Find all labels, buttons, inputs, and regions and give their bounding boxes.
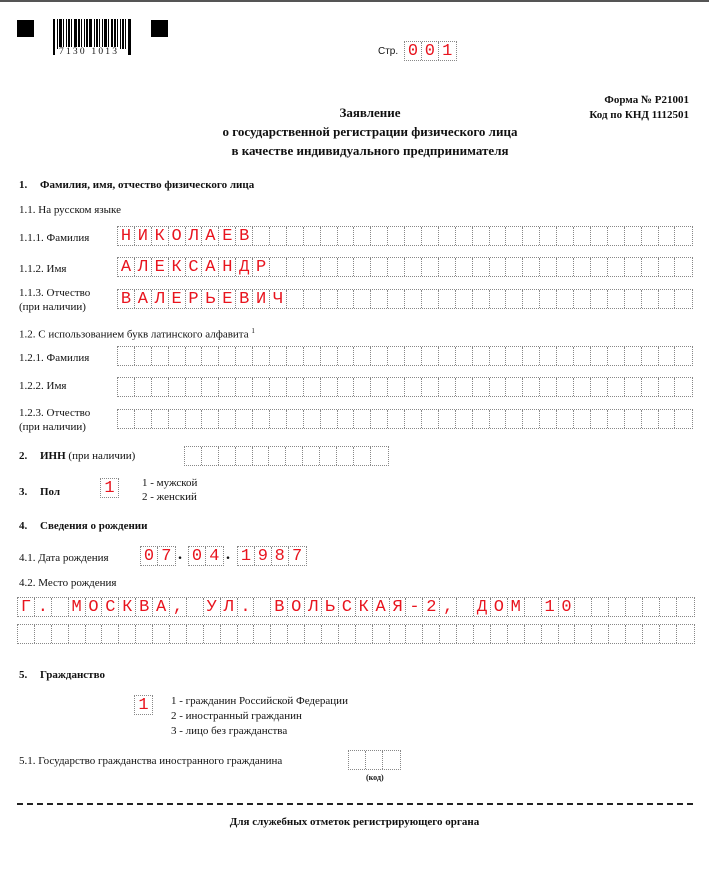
char-cell[interactable] (287, 290, 304, 308)
char-cell[interactable] (219, 410, 236, 428)
char-cell[interactable] (152, 347, 169, 365)
char-cell[interactable] (574, 410, 591, 428)
char-cell[interactable] (609, 598, 626, 616)
char-cell[interactable] (506, 347, 523, 365)
char-cell[interactable]: А (135, 290, 152, 308)
char-cell[interactable] (574, 347, 591, 365)
char-cell[interactable] (219, 347, 236, 365)
gender-field[interactable]: 1 (100, 478, 119, 498)
char-cell[interactable] (574, 258, 591, 276)
char-cell[interactable] (388, 227, 405, 245)
char-cell[interactable] (152, 410, 169, 428)
char-cell[interactable]: Д (236, 258, 253, 276)
char-cell[interactable] (304, 227, 321, 245)
char-cell[interactable] (339, 625, 356, 643)
char-cell[interactable]: С (186, 258, 203, 276)
char-cell[interactable] (625, 410, 642, 428)
char-cell[interactable]: Е (169, 290, 186, 308)
char-cell[interactable] (270, 410, 287, 428)
char-cell[interactable] (422, 410, 439, 428)
inn-field[interactable] (184, 446, 389, 466)
char-cell[interactable] (388, 290, 405, 308)
char-cell[interactable] (609, 625, 626, 643)
char-cell[interactable] (136, 625, 153, 643)
char-cell[interactable] (422, 347, 439, 365)
char-cell[interactable] (490, 410, 507, 428)
char-cell[interactable]: О (288, 598, 305, 616)
char-cell[interactable]: 0 (405, 42, 422, 60)
char-cell[interactable] (677, 598, 694, 616)
char-cell[interactable]: 0 (141, 547, 158, 565)
char-cell[interactable] (186, 410, 203, 428)
char-cell[interactable]: С (102, 598, 119, 616)
char-cell[interactable]: - (406, 598, 423, 616)
char-cell[interactable] (349, 751, 366, 769)
char-cell[interactable] (659, 410, 676, 428)
char-cell[interactable]: К (152, 227, 169, 245)
char-cell[interactable] (642, 347, 659, 365)
char-cell[interactable] (118, 347, 135, 365)
char-cell[interactable]: Я (390, 598, 407, 616)
char-cell[interactable] (659, 290, 676, 308)
char-cell[interactable] (625, 290, 642, 308)
char-cell[interactable]: Л (186, 227, 203, 245)
char-cell[interactable] (523, 227, 540, 245)
char-cell[interactable]: , (170, 598, 187, 616)
char-cell[interactable] (390, 625, 407, 643)
char-cell[interactable] (422, 378, 439, 396)
char-cell[interactable] (591, 378, 608, 396)
char-cell[interactable] (422, 227, 439, 245)
char-cell[interactable] (490, 227, 507, 245)
char-cell[interactable] (506, 227, 523, 245)
char-cell[interactable] (456, 290, 473, 308)
char-cell[interactable]: М (69, 598, 86, 616)
char-cell[interactable] (52, 625, 69, 643)
char-cell[interactable] (338, 347, 355, 365)
char-cell[interactable] (506, 290, 523, 308)
char-cell[interactable]: Ь (322, 598, 339, 616)
char-cell[interactable] (643, 598, 660, 616)
char-cell[interactable] (383, 751, 400, 769)
char-cell[interactable]: 9 (255, 547, 272, 565)
char-cell[interactable] (221, 625, 238, 643)
char-cell[interactable] (608, 347, 625, 365)
char-cell[interactable] (422, 258, 439, 276)
char-cell[interactable]: 8 (272, 547, 289, 565)
char-cell[interactable] (371, 290, 388, 308)
char-cell[interactable] (354, 258, 371, 276)
char-cell[interactable] (354, 410, 371, 428)
latin-surname-field[interactable] (117, 346, 693, 366)
char-cell[interactable] (405, 347, 422, 365)
char-cell[interactable]: К (356, 598, 373, 616)
char-cell[interactable]: 4 (206, 547, 223, 565)
char-cell[interactable] (457, 598, 474, 616)
char-cell[interactable]: А (373, 598, 390, 616)
char-cell[interactable] (202, 410, 219, 428)
char-cell[interactable] (642, 378, 659, 396)
char-cell[interactable] (525, 625, 542, 643)
char-cell[interactable] (303, 447, 320, 465)
char-cell[interactable] (321, 347, 338, 365)
char-cell[interactable]: М (508, 598, 525, 616)
char-cell[interactable] (456, 347, 473, 365)
char-cell[interactable] (187, 625, 204, 643)
char-cell[interactable] (152, 378, 169, 396)
char-cell[interactable]: Р (186, 290, 203, 308)
char-cell[interactable] (270, 227, 287, 245)
char-cell[interactable] (254, 598, 271, 616)
char-cell[interactable] (118, 410, 135, 428)
char-cell[interactable] (236, 347, 253, 365)
char-cell[interactable]: А (153, 598, 170, 616)
char-cell[interactable]: В (236, 290, 253, 308)
patronymic-field[interactable]: ВАЛЕРЬЕВИЧ (117, 289, 693, 309)
char-cell[interactable] (490, 378, 507, 396)
char-cell[interactable] (304, 410, 321, 428)
char-cell[interactable] (540, 410, 557, 428)
char-cell[interactable] (371, 227, 388, 245)
char-cell[interactable] (473, 290, 490, 308)
char-cell[interactable] (608, 378, 625, 396)
char-cell[interactable] (86, 625, 103, 643)
char-cell[interactable] (169, 347, 186, 365)
char-cell[interactable] (287, 410, 304, 428)
char-cell[interactable] (456, 227, 473, 245)
char-cell[interactable] (660, 598, 677, 616)
char-cell[interactable]: Л (305, 598, 322, 616)
char-cell[interactable] (236, 410, 253, 428)
char-cell[interactable] (236, 378, 253, 396)
char-cell[interactable] (592, 598, 609, 616)
char-cell[interactable] (406, 625, 423, 643)
char-cell[interactable] (322, 625, 339, 643)
char-cell[interactable] (659, 347, 676, 365)
char-cell[interactable] (440, 625, 457, 643)
char-cell[interactable] (557, 378, 574, 396)
char-cell[interactable] (270, 258, 287, 276)
char-cell[interactable] (423, 625, 440, 643)
birth-year-field[interactable]: 1987 (237, 546, 307, 566)
char-cell[interactable] (626, 598, 643, 616)
char-cell[interactable]: Л (135, 258, 152, 276)
char-cell[interactable] (473, 227, 490, 245)
char-cell[interactable]: А (202, 258, 219, 276)
foreign-state-code-field[interactable] (348, 750, 401, 770)
char-cell[interactable] (642, 290, 659, 308)
char-cell[interactable] (643, 625, 660, 643)
char-cell[interactable] (288, 625, 305, 643)
char-cell[interactable]: 0 (189, 547, 206, 565)
char-cell[interactable] (153, 625, 170, 643)
char-cell[interactable] (608, 290, 625, 308)
char-cell[interactable]: К (169, 258, 186, 276)
char-cell[interactable] (574, 290, 591, 308)
char-cell[interactable] (388, 378, 405, 396)
char-cell[interactable] (204, 625, 221, 643)
char-cell[interactable] (253, 410, 270, 428)
char-cell[interactable] (490, 258, 507, 276)
char-cell[interactable] (371, 447, 388, 465)
char-cell[interactable] (338, 410, 355, 428)
char-cell[interactable] (575, 598, 592, 616)
birth-place-line-2[interactable] (17, 624, 695, 644)
char-cell[interactable] (270, 378, 287, 396)
char-cell[interactable] (321, 410, 338, 428)
char-cell[interactable] (119, 625, 136, 643)
char-cell[interactable] (457, 625, 474, 643)
char-cell[interactable] (219, 447, 236, 465)
char-cell[interactable] (439, 290, 456, 308)
char-cell[interactable]: Н (118, 227, 135, 245)
char-cell[interactable] (338, 290, 355, 308)
char-cell[interactable] (557, 410, 574, 428)
char-cell[interactable] (608, 410, 625, 428)
char-cell[interactable]: 0 (559, 598, 576, 616)
char-cell[interactable] (202, 378, 219, 396)
char-cell[interactable] (608, 258, 625, 276)
char-cell[interactable] (559, 625, 576, 643)
char-cell[interactable] (540, 290, 557, 308)
char-cell[interactable]: 1 (439, 42, 456, 60)
char-cell[interactable]: У (204, 598, 221, 616)
char-cell[interactable] (575, 625, 592, 643)
char-cell[interactable] (523, 378, 540, 396)
char-cell[interactable] (254, 625, 271, 643)
char-cell[interactable] (574, 227, 591, 245)
char-cell[interactable]: Ч (270, 290, 287, 308)
char-cell[interactable] (52, 598, 69, 616)
char-cell[interactable] (354, 290, 371, 308)
char-cell[interactable] (253, 347, 270, 365)
char-cell[interactable] (642, 258, 659, 276)
char-cell[interactable] (185, 447, 202, 465)
char-cell[interactable]: А (202, 227, 219, 245)
char-cell[interactable] (373, 625, 390, 643)
char-cell[interactable] (677, 625, 694, 643)
birth-place-line-1[interactable]: Г.МОСКВА,УЛ.ВОЛЬСКАЯ-2,ДОМ10 (17, 597, 695, 617)
char-cell[interactable] (320, 447, 337, 465)
char-cell[interactable]: Д (474, 598, 491, 616)
char-cell[interactable]: 1 (135, 696, 152, 714)
char-cell[interactable]: 7 (158, 547, 175, 565)
char-cell[interactable] (186, 347, 203, 365)
char-cell[interactable] (202, 447, 219, 465)
char-cell[interactable] (591, 227, 608, 245)
char-cell[interactable]: 1 (238, 547, 255, 565)
char-cell[interactable] (540, 258, 557, 276)
char-cell[interactable] (490, 290, 507, 308)
char-cell[interactable] (305, 625, 322, 643)
char-cell[interactable] (592, 625, 609, 643)
char-cell[interactable] (557, 290, 574, 308)
char-cell[interactable]: 1 (542, 598, 559, 616)
char-cell[interactable] (304, 378, 321, 396)
char-cell[interactable] (625, 378, 642, 396)
char-cell[interactable] (474, 625, 491, 643)
char-cell[interactable] (388, 410, 405, 428)
char-cell[interactable] (574, 378, 591, 396)
char-cell[interactable] (169, 410, 186, 428)
char-cell[interactable] (371, 410, 388, 428)
char-cell[interactable]: Е (219, 227, 236, 245)
char-cell[interactable] (102, 625, 119, 643)
char-cell[interactable]: Н (219, 258, 236, 276)
char-cell[interactable] (321, 378, 338, 396)
char-cell[interactable]: Е (152, 258, 169, 276)
char-cell[interactable] (506, 258, 523, 276)
char-cell[interactable] (540, 227, 557, 245)
char-cell[interactable]: 1 (101, 479, 118, 497)
char-cell[interactable] (591, 258, 608, 276)
char-cell[interactable] (675, 347, 692, 365)
char-cell[interactable] (642, 227, 659, 245)
char-cell[interactable] (675, 378, 692, 396)
char-cell[interactable] (557, 227, 574, 245)
char-cell[interactable] (439, 378, 456, 396)
char-cell[interactable] (253, 227, 270, 245)
char-cell[interactable] (439, 410, 456, 428)
char-cell[interactable] (626, 625, 643, 643)
birth-month-field[interactable]: 04 (188, 546, 224, 566)
char-cell[interactable] (388, 258, 405, 276)
char-cell[interactable] (118, 378, 135, 396)
char-cell[interactable] (253, 378, 270, 396)
char-cell[interactable] (456, 378, 473, 396)
char-cell[interactable]: Г (18, 598, 35, 616)
char-cell[interactable] (405, 258, 422, 276)
page-number-field[interactable]: 001 (404, 41, 457, 61)
char-cell[interactable]: И (135, 227, 152, 245)
char-cell[interactable] (439, 227, 456, 245)
char-cell[interactable] (591, 290, 608, 308)
char-cell[interactable]: О (86, 598, 103, 616)
char-cell[interactable]: Л (152, 290, 169, 308)
char-cell[interactable] (253, 447, 270, 465)
char-cell[interactable] (186, 378, 203, 396)
char-cell[interactable] (269, 447, 286, 465)
char-cell[interactable] (540, 378, 557, 396)
char-cell[interactable] (523, 347, 540, 365)
char-cell[interactable] (523, 410, 540, 428)
char-cell[interactable]: О (491, 598, 508, 616)
char-cell[interactable]: К (119, 598, 136, 616)
char-cell[interactable]: В (236, 227, 253, 245)
char-cell[interactable] (187, 598, 204, 616)
char-cell[interactable] (337, 447, 354, 465)
char-cell[interactable] (405, 227, 422, 245)
char-cell[interactable] (456, 258, 473, 276)
char-cell[interactable] (287, 258, 304, 276)
char-cell[interactable]: 2 (423, 598, 440, 616)
char-cell[interactable] (354, 447, 371, 465)
char-cell[interactable] (287, 347, 304, 365)
char-cell[interactable] (236, 447, 253, 465)
char-cell[interactable] (405, 378, 422, 396)
char-cell[interactable] (35, 625, 52, 643)
char-cell[interactable]: А (118, 258, 135, 276)
citizenship-field[interactable]: 1 (134, 695, 153, 715)
char-cell[interactable] (659, 227, 676, 245)
surname-field[interactable]: НИКОЛАЕВ (117, 226, 693, 246)
char-cell[interactable] (542, 625, 559, 643)
char-cell[interactable]: В (271, 598, 288, 616)
char-cell[interactable] (557, 347, 574, 365)
char-cell[interactable]: В (136, 598, 153, 616)
char-cell[interactable]: Ь (202, 290, 219, 308)
char-cell[interactable] (321, 258, 338, 276)
char-cell[interactable] (286, 447, 303, 465)
char-cell[interactable] (508, 625, 525, 643)
char-cell[interactable] (371, 347, 388, 365)
latin-name-field[interactable] (117, 377, 693, 397)
char-cell[interactable] (304, 347, 321, 365)
char-cell[interactable] (366, 751, 383, 769)
char-cell[interactable] (304, 258, 321, 276)
char-cell[interactable] (523, 290, 540, 308)
char-cell[interactable]: Р (253, 258, 270, 276)
char-cell[interactable] (473, 378, 490, 396)
char-cell[interactable] (675, 410, 692, 428)
char-cell[interactable] (540, 347, 557, 365)
char-cell[interactable] (506, 378, 523, 396)
char-cell[interactable] (135, 347, 152, 365)
char-cell[interactable] (557, 258, 574, 276)
char-cell[interactable] (608, 227, 625, 245)
char-cell[interactable] (625, 227, 642, 245)
char-cell[interactable] (388, 347, 405, 365)
char-cell[interactable] (523, 258, 540, 276)
birth-day-field[interactable]: 07 (140, 546, 176, 566)
char-cell[interactable] (135, 410, 152, 428)
char-cell[interactable] (304, 290, 321, 308)
char-cell[interactable] (270, 347, 287, 365)
char-cell[interactable] (287, 378, 304, 396)
char-cell[interactable] (321, 227, 338, 245)
char-cell[interactable] (287, 227, 304, 245)
char-cell[interactable] (591, 410, 608, 428)
char-cell[interactable] (525, 598, 542, 616)
char-cell[interactable] (338, 378, 355, 396)
char-cell[interactable] (491, 625, 508, 643)
char-cell[interactable] (456, 410, 473, 428)
char-cell[interactable]: Е (219, 290, 236, 308)
char-cell[interactable] (675, 290, 692, 308)
char-cell[interactable] (405, 410, 422, 428)
char-cell[interactable] (202, 347, 219, 365)
char-cell[interactable]: 0 (422, 42, 439, 60)
char-cell[interactable] (660, 625, 677, 643)
char-cell[interactable] (625, 258, 642, 276)
char-cell[interactable] (675, 227, 692, 245)
char-cell[interactable] (18, 625, 35, 643)
char-cell[interactable] (659, 378, 676, 396)
name-field[interactable]: АЛЕКСАНДР (117, 257, 693, 277)
char-cell[interactable] (371, 378, 388, 396)
char-cell[interactable] (338, 258, 355, 276)
char-cell[interactable]: Л (221, 598, 238, 616)
char-cell[interactable] (405, 290, 422, 308)
char-cell[interactable]: . (238, 598, 255, 616)
char-cell[interactable] (422, 290, 439, 308)
char-cell[interactable] (625, 347, 642, 365)
char-cell[interactable] (591, 347, 608, 365)
char-cell[interactable]: . (35, 598, 52, 616)
char-cell[interactable]: О (169, 227, 186, 245)
char-cell[interactable]: , (440, 598, 457, 616)
char-cell[interactable] (354, 347, 371, 365)
